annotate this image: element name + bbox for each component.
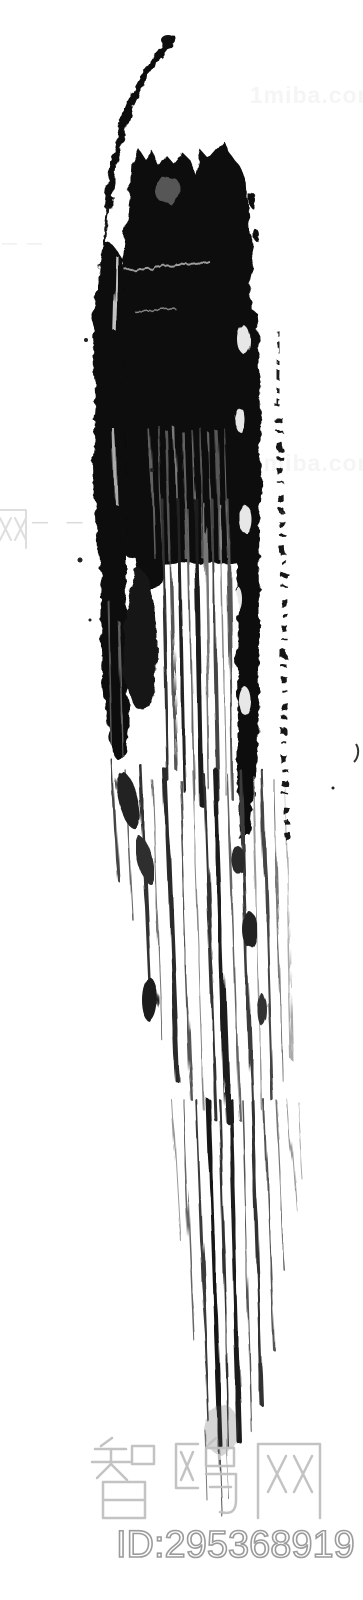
- logo-characters: [92, 1438, 320, 1518]
- stock-image-canvas: 1miba.com 1miba.com — — — — — —: [0, 0, 363, 1600]
- image-id-watermark: ID:295368919: [116, 1524, 355, 1567]
- logo-watermark-glyphs: [0, 0, 363, 1600]
- left-net-glyph: [0, 510, 26, 548]
